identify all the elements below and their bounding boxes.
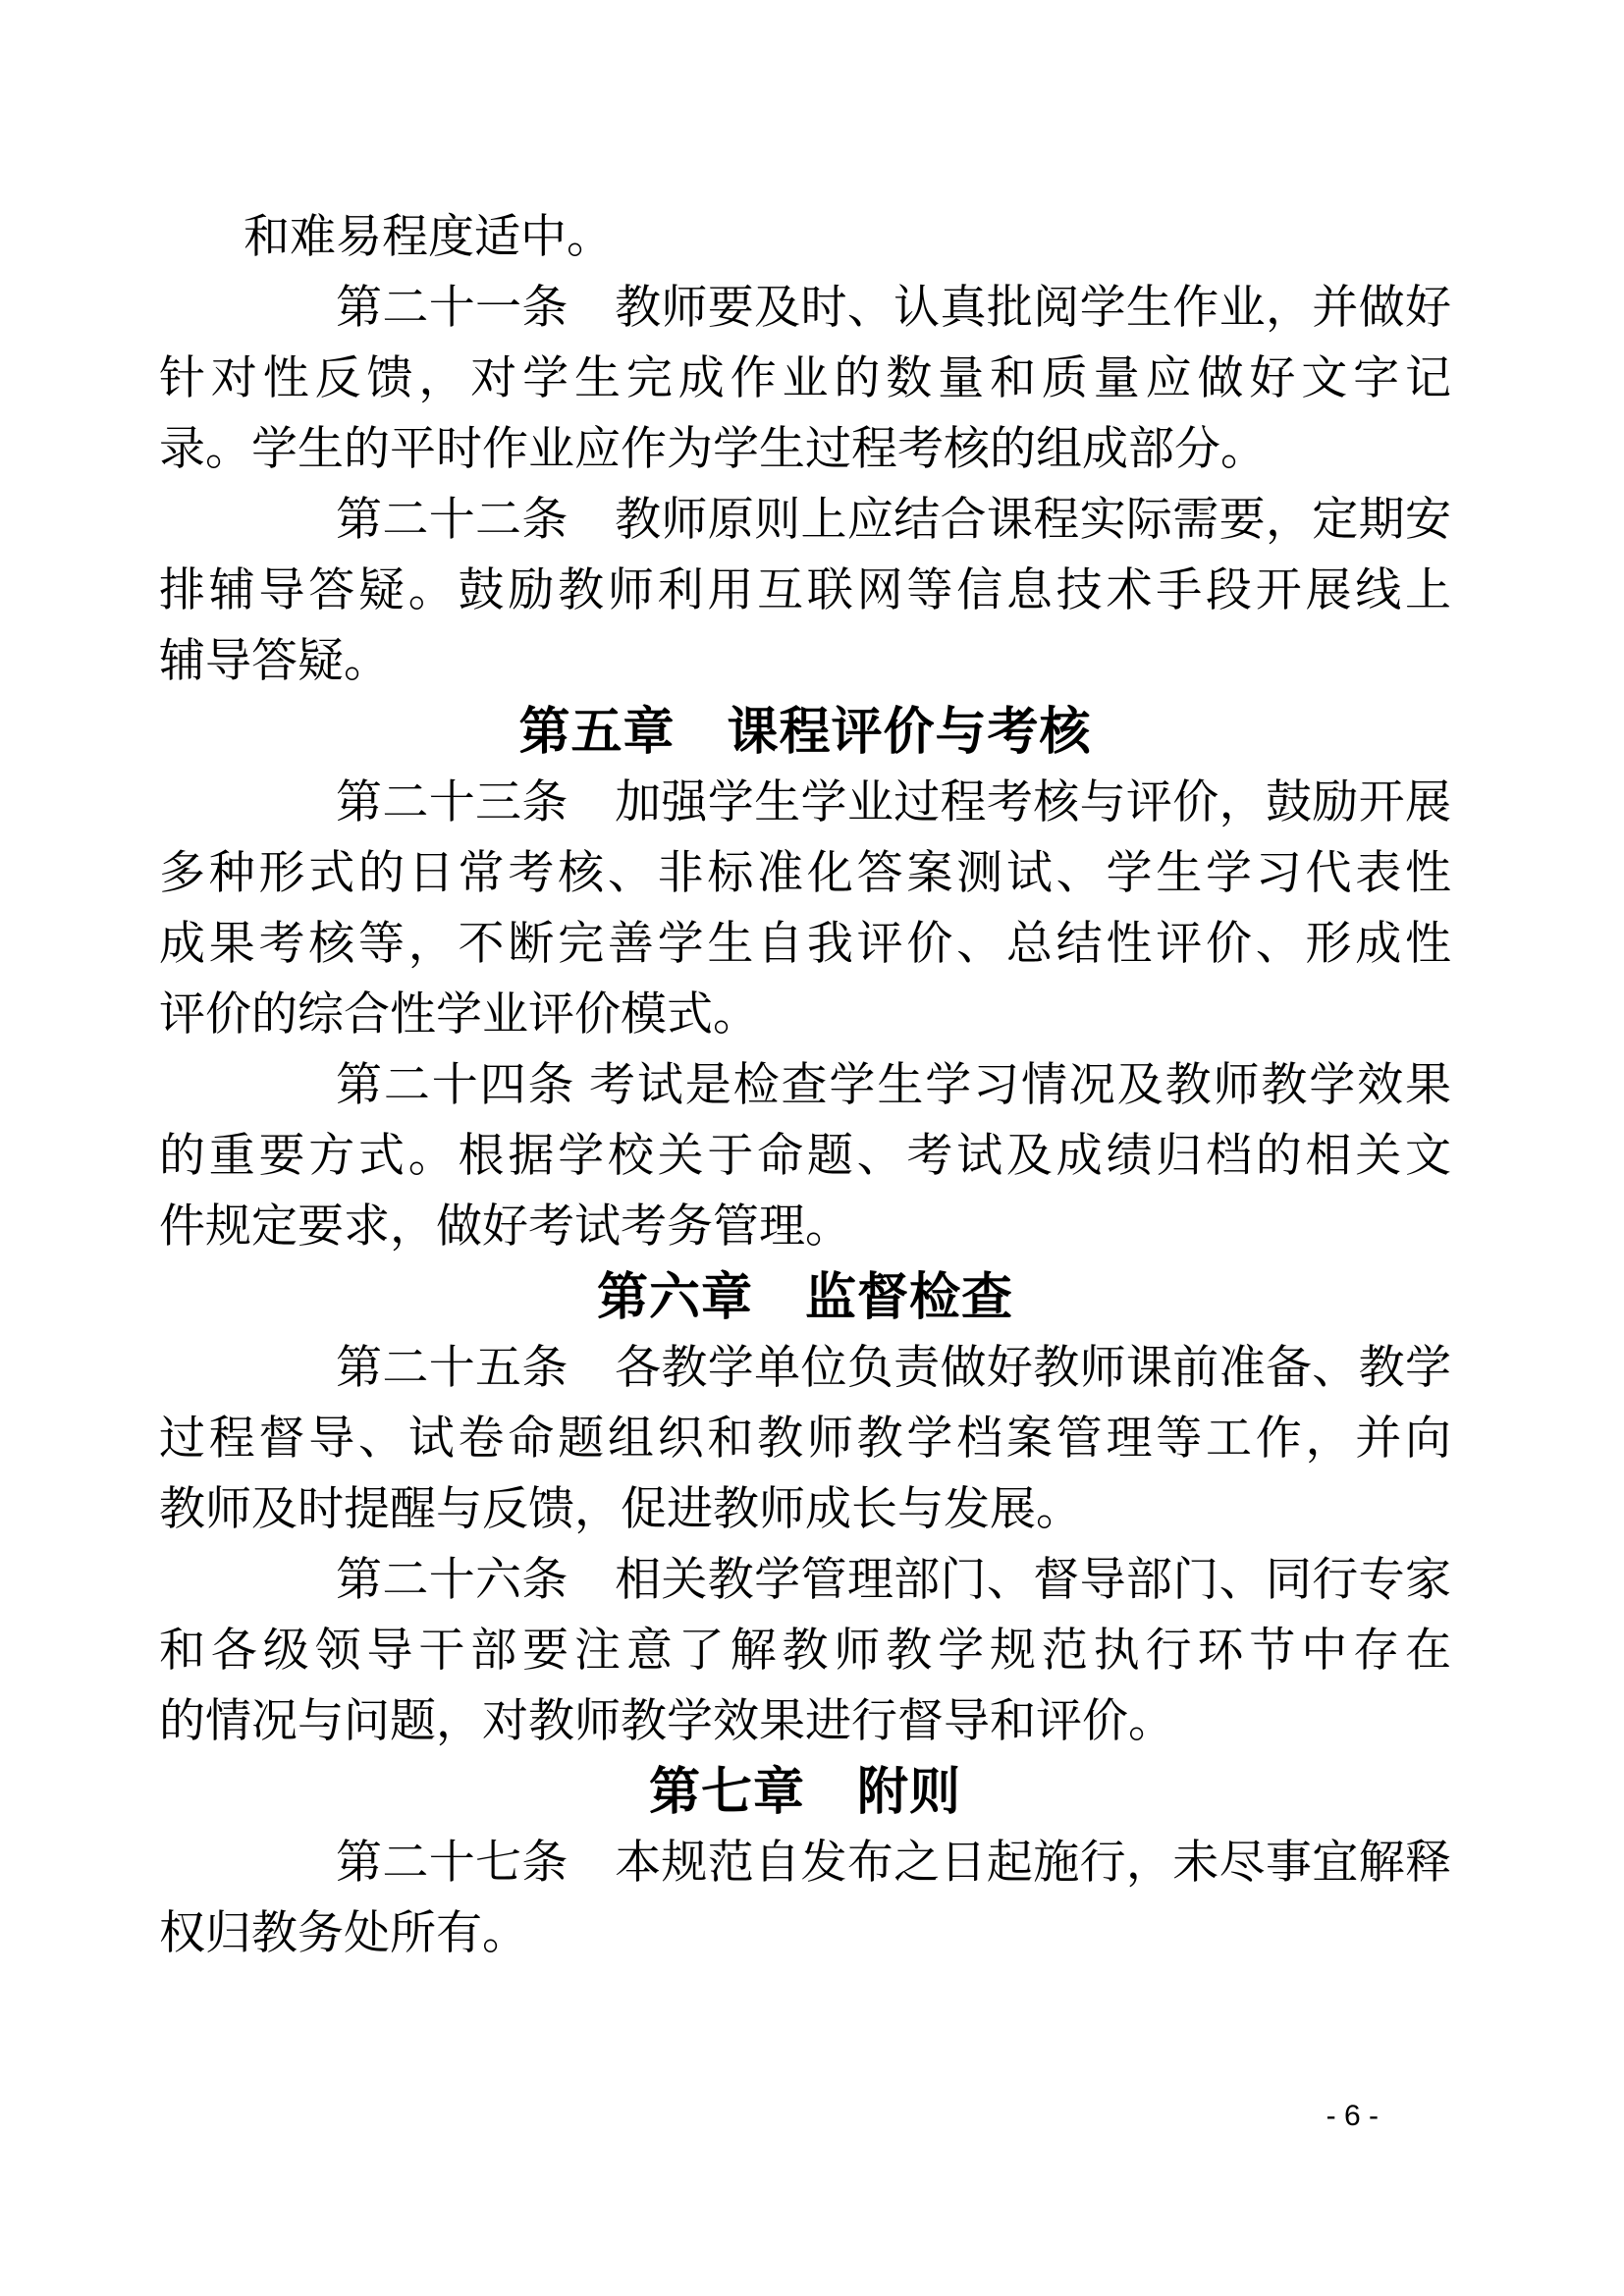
document-body: 和难易程度适中。 第二十一条 教师要及时、认真批阅学生作业，并做好 针对性反馈，… — [159, 202, 1451, 1969]
paragraph-line: 成果考核等，不断完善学生自我评价、总结性评价、形成性 — [159, 909, 1451, 980]
paragraph-line: 评价的综合性学业评价模式。 — [159, 980, 1451, 1050]
paragraph-line: 教师及时提醒与反馈，促进教师成长与发展。 — [159, 1474, 1451, 1545]
chapter-heading: 第七章 附则 — [159, 1757, 1451, 1828]
page-number: - 6 - — [1326, 2097, 1379, 2136]
paragraph-line: 的重要方式。根据学校关于命题、考试及成绩归档的相关文 — [159, 1121, 1451, 1192]
paragraph-line: 和各级领导干部要注意了解教师教学规范执行环节中存在 — [159, 1616, 1451, 1686]
paragraph-line: 录。学生的平时作业应作为学生过程考核的组成部分。 — [159, 414, 1451, 485]
paragraph-line: 和难易程度适中。 — [244, 202, 1451, 273]
paragraph-line: 辅导答疑。 — [159, 626, 1451, 697]
paragraph-line: 排辅导答疑。鼓励教师利用互联网等信息技术手段开展线上 — [159, 556, 1451, 626]
paragraph-line: 多种形式的日常考核、非标准化答案测试、学生学习代表性 — [159, 838, 1451, 909]
article-paragraph-line: 第二十一条 教师要及时、认真批阅学生作业，并做好 — [336, 273, 1451, 344]
paragraph-line: 针对性反馈，对学生完成作业的数量和质量应做好文字记 — [159, 344, 1451, 414]
chapter-heading: 第五章 课程评价与考核 — [159, 697, 1451, 768]
paragraph-line: 的情况与问题，对教师教学效果进行督导和评价。 — [159, 1686, 1451, 1757]
article-paragraph-line: 第二十六条 相关教学管理部门、督导部门、同行专家 — [336, 1545, 1451, 1616]
document-page: 和难易程度适中。 第二十一条 教师要及时、认真批阅学生作业，并做好 针对性反馈，… — [0, 0, 1624, 2296]
paragraph-line: 件规定要求，做好考试考务管理。 — [159, 1192, 1451, 1262]
article-paragraph-line: 第二十七条 本规范自发布之日起施行，未尽事宜解释 — [336, 1828, 1451, 1898]
paragraph-line: 权归教务处所有。 — [159, 1898, 1451, 1969]
article-paragraph-line: 第二十四条 考试是检查学生学习情况及教师教学效果 — [336, 1050, 1451, 1121]
article-paragraph-line: 第二十二条 教师原则上应结合课程实际需要，定期安 — [336, 485, 1451, 556]
article-paragraph-line: 第二十三条 加强学生学业过程考核与评价，鼓励开展 — [336, 768, 1451, 838]
article-paragraph-line: 第二十五条 各教学单位负责做好教师课前准备、教学 — [336, 1333, 1451, 1404]
paragraph-line: 过程督导、试卷命题组织和教师教学档案管理等工作，并向 — [159, 1404, 1451, 1474]
chapter-heading: 第六章 监督检查 — [159, 1262, 1451, 1333]
